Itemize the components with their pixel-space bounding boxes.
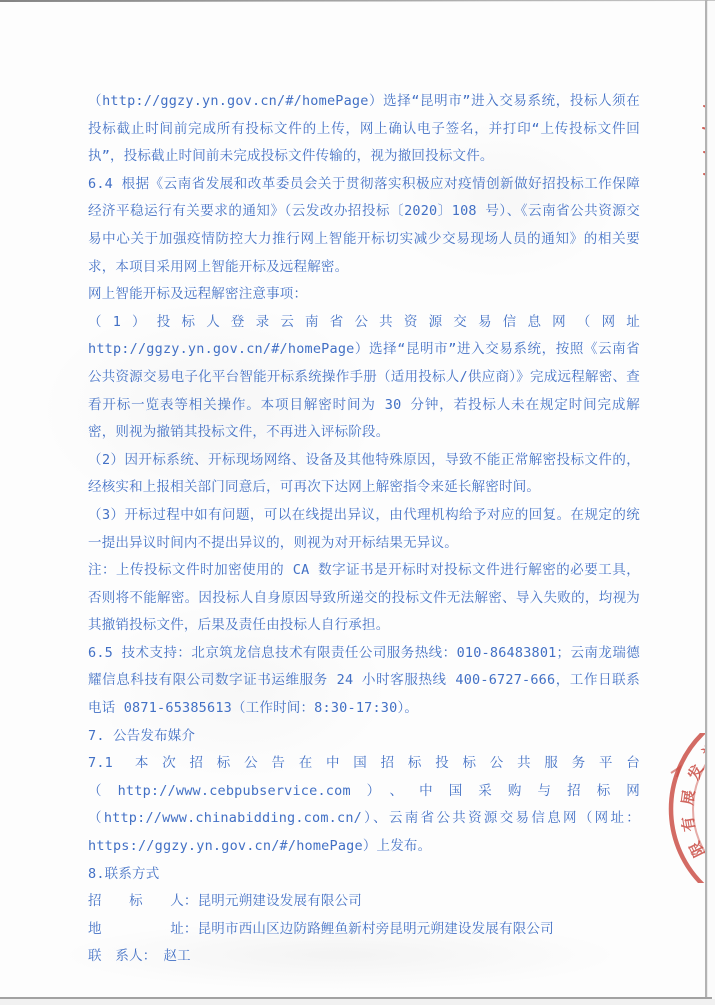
para-ca-note: 注：上传投标文件时加密使用的 CA 数字证书是开标时对投标文件进行解密的必要工具… bbox=[88, 557, 640, 640]
seal-character: 有 bbox=[679, 815, 699, 833]
page-margin-right bbox=[707, 0, 715, 999]
page-edge-top bbox=[0, 0, 715, 2]
page-edge-below bbox=[0, 999, 715, 1005]
company-seal-stamp-icon: 设 发 展 有 限 公 bbox=[659, 733, 707, 883]
para-7-media-heading: 7. 公告发布媒介 bbox=[88, 723, 640, 751]
page-edge-right bbox=[705, 0, 707, 999]
para-upload-instructions: （http://ggzy.yn.gov.cn/#/homePage）选择“昆明市… bbox=[88, 88, 640, 171]
para-remote-decrypt-heading: 网上智能开标及远程解密注意事项： bbox=[88, 281, 640, 309]
seal-character: 发 bbox=[684, 762, 707, 784]
para-tenderer-name: 招 标 人：昆明元朔建设发展有限公司 bbox=[88, 888, 640, 916]
para-8-contact-heading: 8.联系方式 bbox=[88, 861, 640, 889]
scanned-document-page: （http://ggzy.yn.gov.cn/#/homePage）选择“昆明市… bbox=[0, 0, 715, 1005]
para-6-4-policy: 6.4 根据《云南省发展和改革委员会关于贯彻落实积极应对疫情创新做好招投标工作保… bbox=[88, 171, 640, 281]
document-body: （http://ggzy.yn.gov.cn/#/homePage）选择“昆明市… bbox=[88, 88, 640, 971]
para-7-1-publish-sites: 7.1 本次招标公告在中国招标投标公共服务平台（http://www.cebpu… bbox=[88, 750, 640, 860]
para-item-2-network: （2）因开标系统、开标现场网络、设备及其他特殊原因，导致不能正常解密投标文件的，… bbox=[88, 447, 640, 502]
para-item-3-objection: （3）开标过程中如有问题，可以在线提出异议，由代理机构给予对应的回复。在规定的统… bbox=[88, 502, 640, 557]
para-contact-person: 联 系人： 赵工 bbox=[88, 943, 640, 971]
para-6-5-tech-support: 6.5 技术支持：北京筑龙信息技术有限责任公司服务热线：010-86483801… bbox=[88, 640, 640, 723]
para-item-1-login: （1）投标人登录云南省公共资源交易信息网（网址 http://ggzy.yn.g… bbox=[88, 309, 640, 447]
seal-character: 展 bbox=[678, 789, 698, 806]
seal-character: 限 bbox=[686, 839, 707, 860]
seal-outer-ring bbox=[671, 733, 707, 883]
para-tenderer-address: 地 址：昆明市西山区边防路鲤鱼新村旁昆明元朔建设发展有限公司 bbox=[88, 916, 640, 944]
